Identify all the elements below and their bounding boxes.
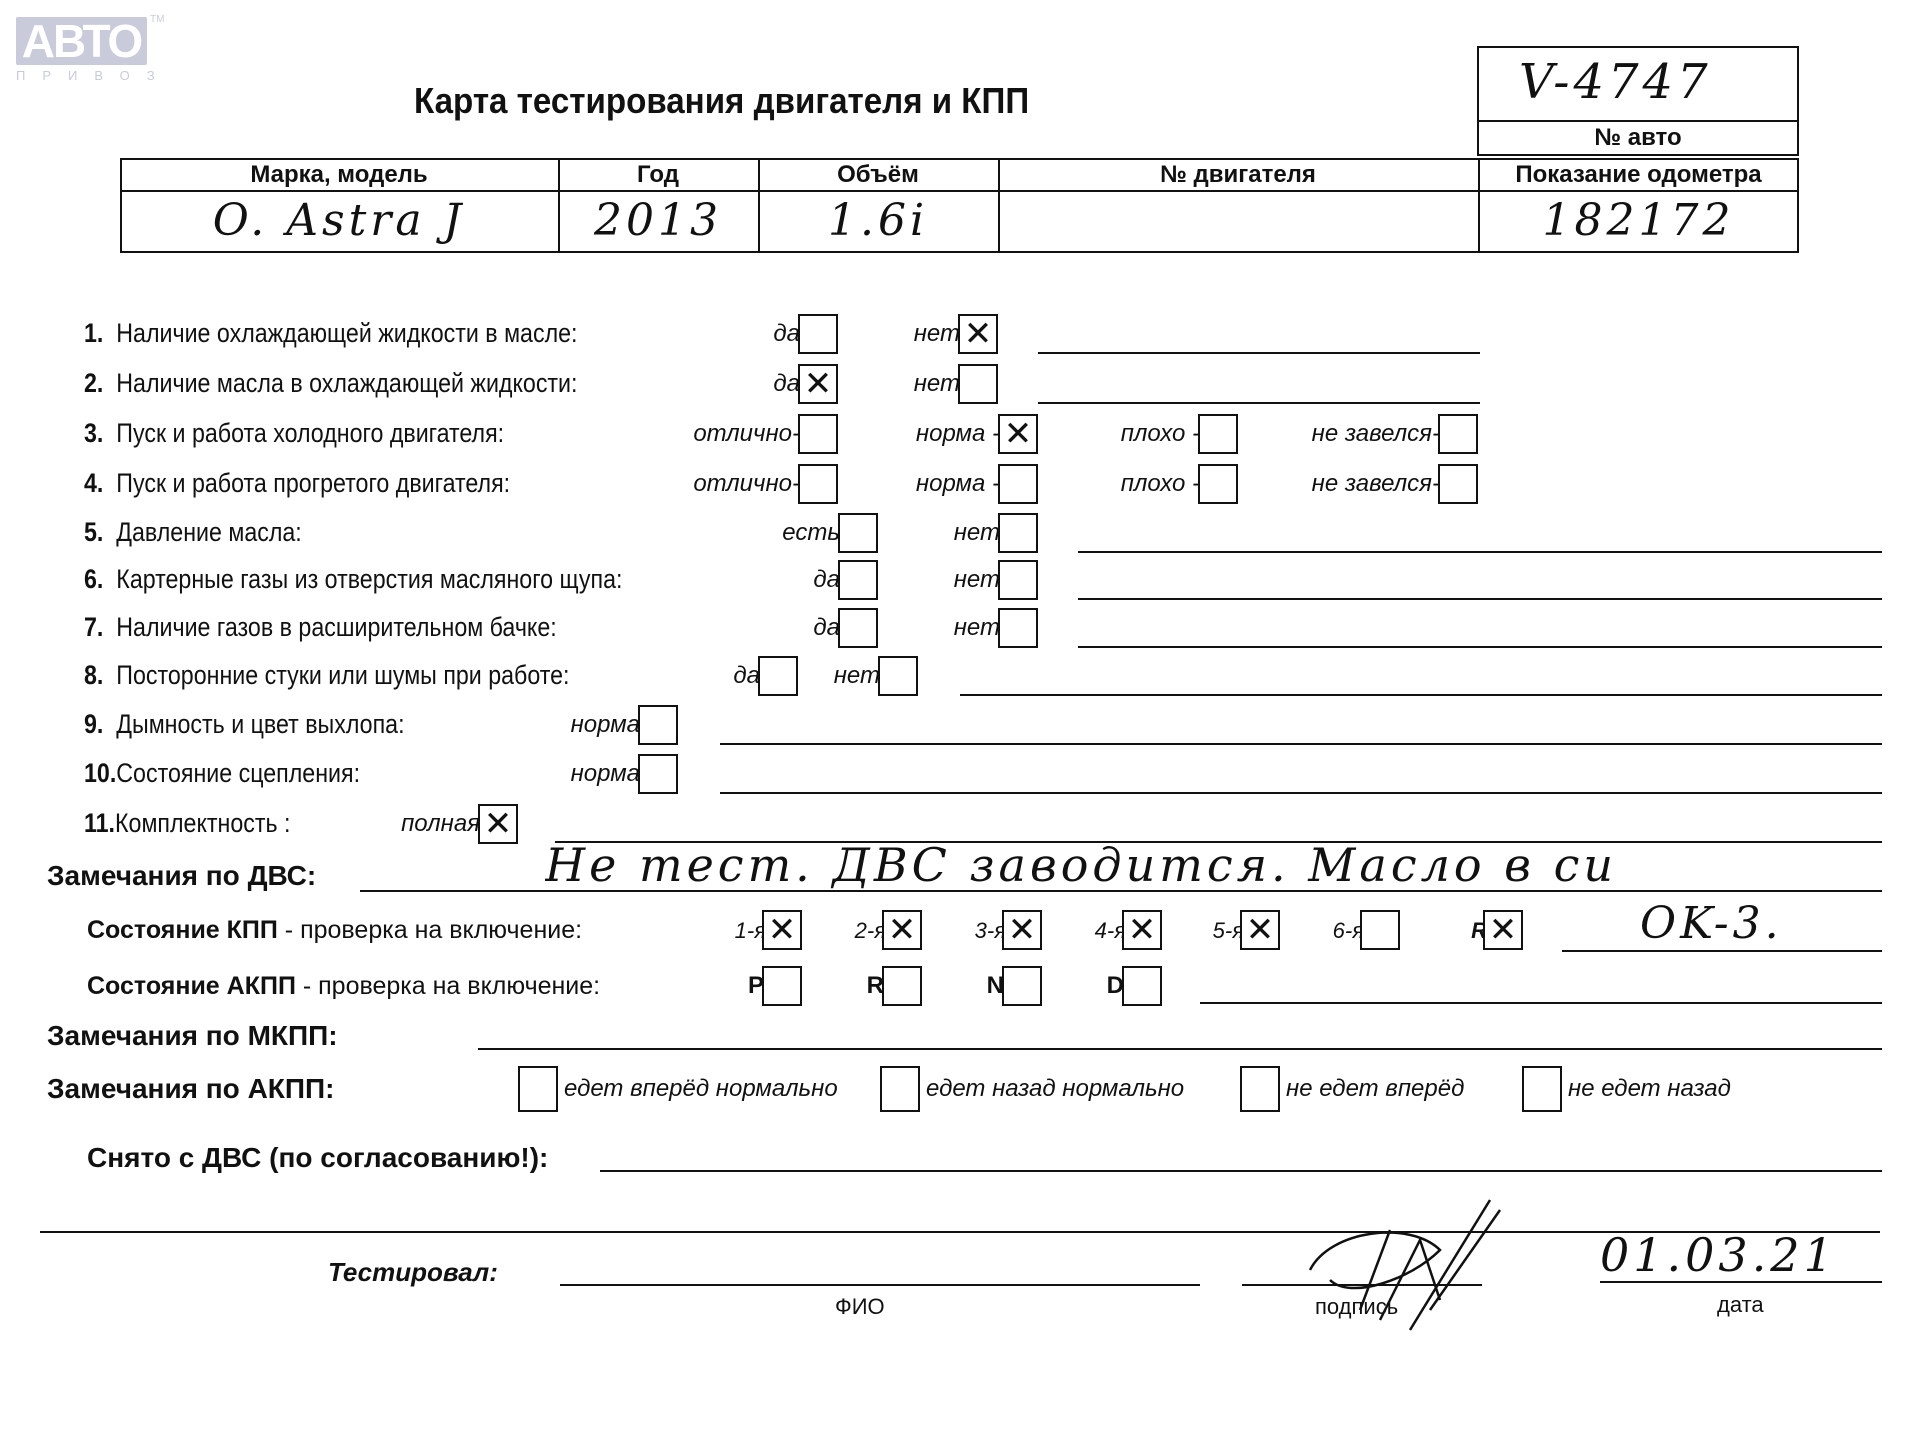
checklist-option-checkbox[interactable] — [1438, 414, 1478, 454]
checklist-option-checkbox[interactable] — [798, 464, 838, 504]
checklist-option-checkbox[interactable] — [1198, 414, 1238, 454]
checklist-option-checkbox[interactable] — [998, 608, 1038, 648]
checklist-item-label: 3. Пуск и работа холодного двигателя: — [84, 418, 504, 449]
checklist-option-label: нет — [914, 370, 960, 398]
checklist-option-label: отлично- — [693, 470, 800, 498]
manual-remarks-input[interactable] — [478, 1048, 1882, 1050]
auto-remarks-option-label: едет вперёд нормально — [564, 1075, 838, 1103]
brand-logo-subtitle: ПРИВОЗ — [16, 68, 152, 83]
gear-checkbox[interactable]: ✕ — [1240, 910, 1280, 950]
check-mark-icon: ✕ — [1246, 913, 1275, 947]
auto-gearbox-label: Состояние АКПП - проверка на включение: — [87, 972, 600, 1001]
checklist-notes-input[interactable] — [1038, 352, 1480, 354]
gear-checkbox[interactable] — [1360, 910, 1400, 950]
auto-mode-checkbox[interactable] — [1122, 966, 1162, 1006]
checklist-option-label: нет — [954, 519, 1000, 547]
checklist-option-checkbox[interactable] — [838, 513, 878, 553]
checklist-option-label: норма — [571, 760, 640, 788]
fio-caption: ФИО — [835, 1294, 885, 1320]
checklist-item-number: 9. — [84, 709, 103, 739]
checklist-item-label: 4. Пуск и работа прогретого двигателя: — [84, 468, 510, 499]
checklist-item-number: 3. — [84, 418, 103, 448]
manual-gearbox-note[interactable]: OK-3. — [1640, 898, 1783, 949]
engine-remarks-label: Замечания по ДВС: — [47, 860, 316, 892]
checklist-item-number: 6. — [84, 564, 103, 594]
auto-mode-checkbox[interactable] — [762, 966, 802, 1006]
date-value[interactable]: 01.03.21 — [1600, 1228, 1837, 1282]
checklist-option-label: плохо - — [1121, 470, 1200, 498]
checklist-notes-input[interactable] — [720, 743, 1882, 745]
checklist-option-label: не завелся- — [1312, 420, 1440, 448]
auto-remarks-option-label: не едет назад — [1568, 1075, 1731, 1103]
checklist-item-label: 6. Картерные газы из отверстия масляного… — [84, 564, 622, 595]
checklist-option-checkbox[interactable]: ✕ — [958, 314, 998, 354]
table-value-cell[interactable]: O. Astra J — [120, 192, 558, 250]
checklist-item-text: Картерные газы из отверстия масляного щу… — [116, 564, 622, 594]
check-mark-icon: ✕ — [804, 367, 833, 401]
checklist-option-checkbox[interactable]: ✕ — [998, 414, 1038, 454]
checklist-item-text: Состояние сцепления: — [116, 758, 360, 788]
checklist-option-label: нет — [954, 566, 1000, 594]
checklist-item-label: 10.Состояние сцепления: — [84, 758, 360, 789]
checklist-item-label: 7. Наличие газов в расширительном бачке: — [84, 612, 557, 643]
checklist-item-label: 11.Комплектность : — [84, 808, 290, 839]
gear-checkbox[interactable]: ✕ — [882, 910, 922, 950]
checklist-option-checkbox[interactable] — [638, 705, 678, 745]
check-mark-icon: ✕ — [1008, 913, 1037, 947]
auto-remarks-checkbox[interactable] — [1240, 1066, 1280, 1112]
checklist-notes-input[interactable] — [1038, 402, 1480, 404]
checklist-option-label: нет — [954, 614, 1000, 642]
table-header-cell: Объём — [758, 160, 998, 190]
tested-by-label: Тестировал: — [328, 1257, 498, 1288]
checklist-option-checkbox[interactable] — [798, 314, 838, 354]
manual-remarks-label: Замечания по МКПП: — [47, 1020, 338, 1052]
auto-gearbox-note-line — [1200, 1002, 1882, 1004]
car-number-box: V-4747 — [1477, 46, 1799, 122]
checklist-option-label: да — [813, 566, 840, 594]
checklist-item-text: Посторонние стуки или шумы при работе: — [116, 660, 569, 690]
checklist-item-label: 2. Наличие масла в охлаждающей жидкости: — [84, 368, 577, 399]
checklist-item-text: Давление масла: — [116, 517, 301, 547]
brand-logo: АВТО — [16, 17, 147, 65]
checklist-option-checkbox[interactable] — [1198, 464, 1238, 504]
checklist-item-text: Пуск и работа холодного двигателя: — [116, 418, 504, 448]
auto-gearbox-label-rest: - проверка на включение: — [296, 972, 600, 1000]
check-mark-icon: ✕ — [1128, 913, 1157, 947]
checklist-option-checkbox[interactable] — [798, 414, 838, 454]
auto-remarks-checkbox[interactable] — [1522, 1066, 1562, 1112]
check-mark-icon: ✕ — [1489, 913, 1518, 947]
check-mark-icon: ✕ — [484, 807, 513, 841]
gear-checkbox[interactable]: ✕ — [762, 910, 802, 950]
signature-scribble — [1290, 1190, 1510, 1340]
checklist-option-checkbox[interactable] — [998, 560, 1038, 600]
auto-remarks-checkbox[interactable] — [880, 1066, 920, 1112]
checklist-option-label: норма - — [916, 420, 1000, 448]
vehicle-info-table: Марка, модельO. Astra JГод2013Объём1.6i№… — [120, 158, 1799, 253]
table-header-cell: Год — [558, 160, 758, 190]
checklist-option-checkbox[interactable] — [838, 560, 878, 600]
checklist-notes-input[interactable] — [1078, 598, 1882, 600]
checklist-option-checkbox[interactable] — [838, 608, 878, 648]
checklist-item-number: 2. — [84, 368, 103, 398]
manual-gearbox-label-bold: Состояние КПП — [87, 916, 278, 944]
checklist-option-checkbox[interactable] — [998, 464, 1038, 504]
table-value-cell[interactable]: 2013 — [558, 192, 758, 250]
removed-label: Снято с ДВС (по согласованию!): — [87, 1142, 548, 1174]
page-title: Карта тестирования двигателя и КПП — [414, 80, 1029, 122]
checklist-option-label: да — [733, 662, 760, 690]
auto-remarks-option-label: не едет вперёд — [1286, 1075, 1464, 1103]
fio-input[interactable] — [560, 1284, 1200, 1286]
checklist-item-text: Дымность и цвет выхлопа: — [116, 709, 404, 739]
gear-checkbox[interactable]: ✕ — [1483, 910, 1523, 950]
check-mark-icon: ✕ — [964, 317, 993, 351]
checklist-item-label: 9. Дымность и цвет выхлопа: — [84, 709, 405, 740]
checklist-notes-input[interactable] — [1078, 646, 1882, 648]
checklist-item-number: 11. — [84, 808, 115, 838]
check-mark-icon: ✕ — [1004, 417, 1033, 451]
checklist-notes-input[interactable] — [1078, 551, 1882, 553]
check-mark-icon: ✕ — [768, 913, 797, 947]
auto-remarks-option-label: едет назад нормально — [926, 1075, 1184, 1103]
checklist-item-text: Наличие охлаждающей жидкости в масле: — [116, 318, 577, 348]
car-number-label: № авто — [1477, 120, 1799, 156]
car-number-value[interactable]: V-4747 — [1519, 54, 1712, 110]
checklist-item-number: 4. — [84, 468, 103, 498]
checklist-option-checkbox[interactable] — [638, 754, 678, 794]
auto-remarks-label: Замечания по АКПП: — [47, 1073, 334, 1105]
checklist-item-text: Комплектность : — [115, 808, 290, 838]
table-header-cell: Марка, модель — [120, 160, 558, 190]
checklist-option-label: нет — [914, 320, 960, 348]
gear-checkbox[interactable]: ✕ — [1002, 910, 1042, 950]
car-number-label-text: № авто — [1594, 124, 1681, 151]
checklist-item-number: 8. — [84, 660, 103, 690]
checklist-option-checkbox[interactable] — [758, 656, 798, 696]
checklist-notes-input[interactable] — [720, 792, 1882, 794]
checklist-option-checkbox[interactable]: ✕ — [798, 364, 838, 404]
checklist-item-number: 7. — [84, 612, 103, 642]
checklist-option-checkbox[interactable] — [878, 656, 918, 696]
auto-mode-checkbox[interactable] — [1002, 966, 1042, 1006]
check-mark-icon: ✕ — [888, 913, 917, 947]
checklist-option-label: да — [813, 614, 840, 642]
checklist-option-label: норма - — [916, 470, 1000, 498]
checklist-item-number: 1. — [84, 318, 103, 348]
checklist-item-label: 1. Наличие охлаждающей жидкости в масле: — [84, 318, 577, 349]
manual-gearbox-note-line — [1562, 950, 1882, 952]
checklist-option-label: плохо - — [1121, 420, 1200, 448]
table-value-cell[interactable]: 1.6i — [758, 192, 998, 250]
checklist-option-checkbox[interactable] — [1438, 464, 1478, 504]
date-caption: дата — [1717, 1292, 1764, 1318]
trademark-mark: TM — [150, 14, 164, 25]
checklist-option-label: отлично- — [693, 420, 800, 448]
checklist-item-text: Наличие масла в охлаждающей жидкости: — [116, 368, 577, 398]
checklist-item-number: 10. — [84, 758, 116, 788]
auto-mode-checkbox[interactable] — [882, 966, 922, 1006]
checklist-item-text: Наличие газов в расширительном бачке: — [116, 612, 556, 642]
checklist-option-label: не завелся- — [1312, 470, 1440, 498]
table-header-cell: № двигателя — [998, 160, 1478, 190]
checklist-option-checkbox[interactable] — [998, 513, 1038, 553]
checklist-item-label: 5. Давление масла: — [84, 517, 302, 548]
checklist-option-label: нет — [834, 662, 880, 690]
checklist-option-label: полная — [401, 810, 480, 838]
checklist-item-text: Пуск и работа прогретого двигателя: — [116, 468, 510, 498]
manual-gearbox-label-rest: - проверка на включение: — [278, 916, 582, 944]
removed-input[interactable] — [600, 1170, 1882, 1172]
checklist-notes-input[interactable] — [960, 694, 1882, 696]
checklist-item-label: 8. Посторонние стуки или шумы при работе… — [84, 660, 570, 691]
checklist-item-number: 5. — [84, 517, 103, 547]
gear-checkbox[interactable]: ✕ — [1122, 910, 1162, 950]
engine-remarks-input[interactable]: Не тест. ДВС заводится. Масло в си — [545, 838, 1905, 892]
checklist-option-label: есть — [782, 519, 840, 547]
checklist-option-checkbox[interactable]: ✕ — [478, 804, 518, 844]
table-value-cell[interactable]: 182172 — [1478, 192, 1799, 250]
checklist-option-label: да — [773, 320, 800, 348]
auto-remarks-checkbox[interactable] — [518, 1066, 558, 1112]
checklist-option-label: да — [773, 370, 800, 398]
manual-gearbox-label: Состояние КПП - проверка на включение: — [87, 916, 582, 945]
checklist-option-checkbox[interactable] — [958, 364, 998, 404]
checklist-option-label: норма — [571, 711, 640, 739]
auto-gearbox-label-bold: Состояние АКПП — [87, 972, 296, 1000]
table-header-cell: Показание одометра — [1478, 160, 1799, 190]
